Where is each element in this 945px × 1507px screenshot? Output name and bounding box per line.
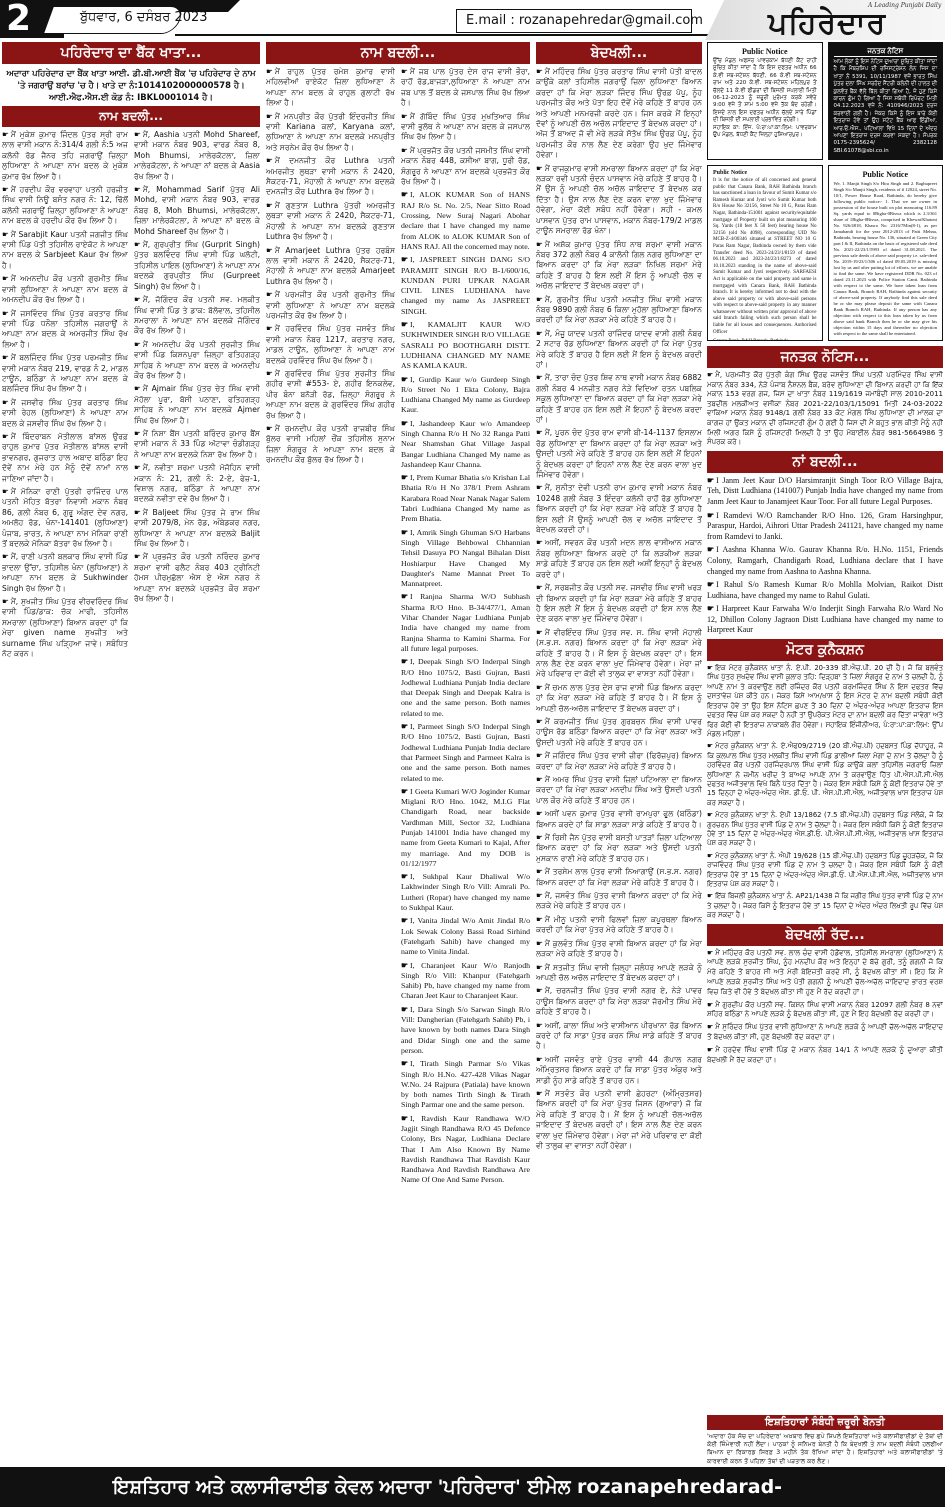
list-item: ☛ਮੈਂ ਪਰਮਜੀਤ ਕੌਰ ਪਤਨੀ ਗੁਰਮੀਤ ਸਿੰਘ ਵਾਸੀ ਲੁ… — [266, 290, 395, 321]
pointer-icon: ☛ — [401, 872, 408, 881]
notice-row-top: Public Notice ਉੱਚ ਮੰਡਲ ਅਫਸਰ ਪਾਵਰਕਾਮ ਬੱਧਣ… — [707, 42, 943, 165]
ads-notice-text: 'ਅਦਾਰਾ ਹੱਕ ਸੱਚ ਦਾ ਪਹਿਰੇਦਾਰ' ਅਖ਼ਬਾਰ ਵਿਚ ਛ… — [707, 1433, 943, 1466]
public-notice-canara: Public Notice It is for the notice of al… — [707, 165, 823, 341]
list-item: ☛ਅਸੀਂ, ਸਵਰਨ ਕੌਰ ਪਤਨੀ ਮਦਨ ਲਾਲ ਵਾਸੀਆਨ ਮਕਾਨ… — [536, 538, 702, 580]
public-notice-powercom: Public Notice ਉੱਚ ਮੰਡਲ ਅਫਸਰ ਪਾਵਰਕਾਮ ਬੱਧਣ… — [707, 42, 823, 160]
list-item: ☛ਮੈਂ ਪ੍ਰਭਜੋਤ ਕੌਰ ਪਤਨੀ ਜਸਮੀਤ ਸਿੰਘ ਵਾਸੀ ਮਕ… — [401, 146, 530, 188]
list-item: ☛ਮੈਂ ਚਮਨ ਲਾਲ ਪੁੱਤਰ ਦੇਸ ਰਾਜ ਵਾਸੀ ਪਿੰਡ ਬਿਆ… — [536, 683, 702, 714]
pointer-icon: ☛ — [2, 487, 9, 496]
pointer-icon: ☛ — [2, 185, 9, 194]
pointer-icon: ☛ — [266, 156, 273, 165]
list-item: ☛ਮੈਂ ਹਰਵਿੰਦਰ ਸਿੰਘ ਪੁੱਤਰ ਜਸਵੰਤ ਸਿੰਘ ਵਾਸੀ … — [266, 324, 395, 366]
list-item: ☛I, Gurdip Kaur w/o Gurdeep Singh R/o St… — [401, 375, 530, 416]
notice-body: ਆਮ ਲੋਕਾਂ ਨੂੰ ਇਸ ਨੋਟਿਸ ਦੁਆਰਾ ਸੂਚਿਤ ਕੀਤਾ ਜ… — [834, 59, 938, 155]
pointer-icon: ☛ — [2, 130, 9, 139]
bank-account-text: ਅਦਾਰਾ ਪਹਿਰੇਦਾਰ ਦਾ ਬੈਂਕ ਖਾਤਾ ਆਈ. ਡੀ.ਬੀ.ਆਈ… — [2, 67, 260, 103]
pointer-icon: ☛ — [536, 891, 543, 900]
section-title-ads-notice: ਇਸ਼ਤਿਹਾਰਾਂ ਸੰਬੰਧੀ ਜ਼ਰੂਰੀ ਬੇਨਤੀ — [707, 1415, 943, 1430]
pointer-icon: ☛ — [266, 324, 273, 333]
list-item: ☛ਮੈਂ ਮਹਿੰਦਰ ਸਿੰਘ ਪੁੱਤਰ ਕਰਤਾਰ ਸਿੰਘ ਵਾਸੀ ਪ… — [536, 67, 702, 161]
list-item: ☛ਮੈਂ ਰਾਹੁਲ ਪੁੱਤਰ ਰਮੇਸ਼ ਕੁਮਾਰ ਵਾਸੀ ਮਹਿਲਵੀ… — [266, 67, 395, 109]
pointer-icon: ☛ — [2, 353, 9, 362]
list-item: ☛ਮੈਂ, ਜਸਵੰਤ ਸਿੰਘ ਪੁੱਤਰ ਵਾਸੀ ਬਿਆਨ ਕਰਦਾ ਹਾ… — [536, 891, 702, 912]
list-item: ☛I Janm Jeet Kaur D/O Harsimranjit Singh… — [707, 476, 943, 508]
section-title-bank: ਪਹਿਰੇਦਾਰ ਦਾ ਬੈਂਕ ਖਾਤਾ... — [2, 42, 260, 64]
list-item: ☛I Aashna Khanna W/o. Gaurav Khanna R/o.… — [707, 545, 943, 577]
list-item: ☛ਮੈਂ ਬਿੰਦਰਾਬਨ ਮੋਤੀਲਾਲ ਬਾਂਸਲ ਉਰਫ਼ ਰਾਹੁਲ ਕ… — [2, 432, 128, 484]
pointer-icon: ☛ — [401, 592, 408, 601]
section-title-name-change-en: ਨਾਂ ਬਦਲੀ... — [707, 451, 943, 473]
list-item: ☛ਮੈਂ ਰਿਸ਼ੀ ਜੈਨ ਪੁੱਤਰ ਵਾਸੀ ਬਸਤੀ ਪਾਤੜਾਂ ਜ਼… — [536, 833, 702, 864]
pointer-icon: ☛ — [707, 371, 713, 379]
pointer-icon: ☛ — [707, 811, 713, 819]
pointer-icon: ☛ — [266, 67, 273, 76]
list-item: ☛ਮੈਂ ਪ੍ਰਭਜੋਤ ਕੌਰ ਪਤਨੀ ਨਰਿੰਦਰ ਕੁਮਾਰ ਸ਼ਰਮਾ… — [134, 552, 260, 604]
pointer-icon: ☛ — [2, 230, 9, 239]
list-item: ☛I, Ravdish Kaur Randhawa W/O Jagjit Sin… — [401, 1114, 530, 1186]
list-item: ☛ਮੋਟਰ ਕੁਨੈਕਸ਼ਨ ਖਾਤਾ ਨੰ. ਏ.ਐਫ09/2719 (20 … — [707, 742, 943, 808]
pointer-icon: ☛ — [134, 508, 141, 517]
pointer-icon: ☛ — [401, 787, 408, 796]
list-item: ☛I Geeta Kumari W/O Joginder Kumar Migla… — [401, 787, 530, 869]
list-item: ☛I, ALOK KUMAR Son of HANS RAJ R/o St. N… — [401, 190, 530, 252]
pointer-icon: ☛ — [401, 1059, 408, 1068]
list-item: ☛ਮੈਂ ਜਗਿੰਦਰ ਸਿੰਘ ਪੁੱਤਰ ਵਾਸੀ ਜ਼ੀਰਾ (ਫਿਰੋਜ… — [536, 751, 702, 772]
list-item: ☛ਮੈਂ Baljeet ਸਿੰਘ ਪੁੱਤਰ ਜੇ ਰਾਮ ਸਿੰਘ ਵਾਸੀ… — [134, 508, 260, 550]
column-disownment: ਬੇਦਖਲੀ... ☛ਮੈਂ ਮਹਿੰਦਰ ਸਿੰਘ ਪੁੱਤਰ ਕਰਤਾਰ ਸ… — [536, 42, 702, 1455]
pointer-icon: ☛ — [536, 809, 543, 818]
list-item: ☛ਮੈਂ ਗੁਰਦੀਪ ਕੌਰ ਪਤਨੀ ਸਵ. ਕਿਸ਼ਨ ਸਿੰਘ ਵਾਸੀ… — [707, 1001, 943, 1021]
notice-body: We, 1. Manjit Singh S/o Hira Singh and 2… — [834, 181, 938, 337]
pointer-icon: ☛ — [134, 384, 141, 393]
list-item: ☛ਮੈਂ, Aashia ਪਤਨੀ Mohd Shareef, ਵਾਸੀ ਮਕਾ… — [134, 130, 260, 182]
footer-text: ਇਸ਼ਤਿਹਾਰ ਅਤੇ ਕਲਾਸੀਫਾਈਡ ਕੇਵਲ ਅਦਾਰਾ 'ਪਹਿਰੇ… — [113, 1476, 782, 1498]
list-item: ☛ਮੈਂ ਗੋਬਿੰਦ ਸਿੰਘ ਪੁੱਤਰ ਮੁਖਤਿਆਰ ਸਿੰਘ ਵਾਸੀ… — [401, 112, 530, 143]
list-item: ☛ਮੈਂ, ਸਰਬਜੀਤ ਕੌਰ ਪਤਨੀ ਸਵ. ਜਸਵੀਰ ਸਿੰਘ ਵਾਸ… — [536, 583, 702, 625]
pointer-icon: ☛ — [536, 329, 543, 338]
pointer-icon: ☛ — [536, 628, 543, 637]
notice-body: ਉੱਚ ਮੰਡਲ ਅਫਸਰ ਪਾਵਰਕਾਮ ਬੱਧਣੀ ਕੈਂਟ ਰਾਹੀਂ ਸ… — [713, 58, 817, 125]
list-item: ☛ਇਕ ਮੋਟਰ ਕੁਨੈਕਸ਼ਨ ਖਾਤਾ ਨੰ. ਏ.ਪੀ. 20-339 … — [707, 664, 943, 739]
pointer-icon: ☛ — [401, 255, 408, 264]
list-item: ☛ਮੈਂ ਅਮਨਦੀਪ ਕੌਰ ਪਤਨੀ ਸੁਰਜੀਤ ਸਿੰਘ ਵਾਸੀ ਪਿ… — [134, 340, 260, 382]
pointer-icon: ☛ — [401, 961, 408, 970]
notice-row-second: Public Notice It is for the notice of al… — [707, 165, 943, 346]
notice-signature: ਸਹਾਇਕ ਕਾ: ਇੰਜ. ਪੰ:ਰਾ:ਪਾ:ਕਾ:ਲਿਮ: ਪਾਵਰਕਾਮ … — [713, 125, 817, 140]
list-item: ☛ਮੋਟਰ ਕੁਨੈਕਸ਼ਨ ਖਾਤਾ ਨੰ. ਏਪੀ 13/1862 (7.5… — [707, 811, 943, 849]
name-change-mid-subcolumns: ☛ਮੈਂ ਰਾਹੁਲ ਪੁੱਤਰ ਰਮੇਸ਼ ਕੁਮਾਰ ਵਾਸੀ ਮਹਿਲਵੀ… — [266, 67, 530, 1189]
pointer-icon: ☛ — [134, 429, 141, 438]
pointer-icon: ☛ — [536, 986, 543, 995]
pointer-icon: ☛ — [266, 369, 273, 378]
pointer-icon: ☛ — [401, 722, 408, 731]
pointer-icon: ☛ — [707, 476, 714, 485]
pointer-icon: ☛ — [536, 583, 543, 592]
column-right: Public Notice ਉੱਚ ਮੰਡਲ ਅਫਸਰ ਪਾਵਰਕਾਮ ਬੱਧਣ… — [707, 42, 943, 1455]
pointer-icon: ☛ — [401, 528, 408, 537]
list-item: ☛ਅਸੀਂ ਜਸਵੰਤ ਰਾਏ ਪੁੱਤਰ ਵਾਸੀ 44 ਗੋਪਾਲ ਨਗਰ … — [536, 1055, 702, 1086]
pointer-icon: ☛ — [536, 373, 543, 382]
list-item: ☛ਮੈਂ Ajmair ਸਿੰਘ ਪੁੱਤਰ ਚੇਤ ਸਿੰਘ ਵਾਸੀ ਮੋਹ… — [134, 384, 260, 426]
list-item: ☛ਮੈਂ ਗੁਰਵਿੰਦਰ ਸਿੰਘ ਪੁੱਤਰ ਸੁਰਜੀਤ ਸਿੰਘ ਗਹੀ… — [266, 369, 395, 421]
pointer-icon: ☛ — [401, 375, 408, 384]
pointer-icon: ☛ — [134, 240, 141, 249]
list-item: ☛ਮੈਂ, ਜੋਗਿੰਦਰ ਕੌਰ ਪਤਨੀ ਸਵ. ਮਲਕੀਤ ਸਿੰਘ ਵਾ… — [134, 295, 260, 337]
newspaper-logo: ਪਹਿਰੇਦਾਰ — [768, 6, 886, 41]
pointer-icon: ☛ — [707, 742, 713, 750]
list-item: ☛ਮੈਂ ਗੁਣਤਾਸ Luthra ਪੁੱਤਰੀ ਅਮਰਜੀਤ ਲੁਥੜਾ ਵ… — [266, 201, 395, 243]
masthead: 2 ਬੁੱਧਵਾਰ, 6 ਦਸੰਬਰ 2023 E.mail : rozanap… — [0, 0, 945, 40]
notice-signature: Canara Bank, RAH Branch, Bathinda. — [713, 338, 817, 341]
pointer-icon: ☛ — [401, 67, 408, 76]
pointer-icon: ☛ — [536, 67, 543, 76]
contact-email[interactable]: E.mail : rozanapehredar@gmail.com — [466, 13, 703, 28]
list-item: ☛ਮੈਂ ਜਸਵੀਰ ਸਿੰਘ ਪੁੱਤਰ ਕਰਤਾਰ ਸਿੰਘ ਵਾਸੀ ਰੇ… — [2, 398, 128, 429]
list-item: ☛ਮੋਟਰ ਕੁਨੈਕਸ਼ਨ ਖਾਤਾ ਨੰ. ਐਪੀ 19/628 (15 ਬ… — [707, 852, 943, 890]
page-number: 2 — [6, 0, 31, 39]
list-item: ☛I, Prem Kumar Bhatia s/o Krishan Lal Bh… — [401, 473, 530, 524]
list-item: ☛ਮੈਂ, ਪੂਰਨ ਚੰਦ ਪੁੱਤਰ ਰਾਮ ਵਾਸੀ ਬੀ-14-1137… — [536, 428, 702, 480]
pointer-icon: ☛ — [536, 775, 543, 784]
pointer-icon: ☛ — [401, 320, 408, 329]
pointer-icon: ☛ — [2, 552, 9, 561]
list-item: ☛I, Vanita Jindal W/o Amit Jindal R/o Lo… — [401, 916, 530, 957]
pointer-icon: ☛ — [707, 1001, 713, 1009]
list-item: ☛ਮੈਂ, ਤਾਰਾ ਚੰਦ ਪੁੱਤਰ ਸ਼ਿਵ ਨਾਥ ਵਾਸੀ ਮਕਾਨ … — [536, 373, 702, 425]
pointer-icon: ☛ — [2, 597, 9, 606]
pointer-icon: ☛ — [134, 552, 141, 561]
name-change-subcolumns: ☛ਮੈਂ ਮੁਕੇਸ਼ ਕੁਮਾਰ ਜਿੰਦਲ ਪੁੱਤਰ ਸ੍ਰੀ ਰਾਮ ਲ… — [2, 130, 260, 663]
list-item: ☛ਮੈਂ ਨਿਸ਼ਾ ਬੈਂਸ ਪਤਨੀ ਬਰਿੰਦਰ ਕੁਮਾਰ ਬੈਂਸ ਵ… — [134, 429, 260, 460]
pointer-icon: ☛ — [707, 892, 713, 900]
list-item: ☛ਮੈਂ, ਰਾਣੀ ਪਤਨੀ ਬਲਕਾਰ ਸਿੰਘ ਵਾਸੀ ਪਿੰਡ ਭਾਦ… — [2, 552, 128, 594]
pointer-icon: ☛ — [401, 1005, 408, 1014]
list-item: ☛ਮੈਂ, ਸੁਖਜੀਤ ਸਿੰਘ ਪੁੱਤਰ ਵੀਰਵਰਿੰਦਰ ਸਿੰਘ ਵ… — [2, 597, 128, 659]
list-item: ☛I, KAMALJIT KAUR W/O SUKHWINDER SINGH R… — [401, 320, 530, 371]
list-item: ☛ਮੈਂ ਮੀਨੂ ਪਤਨੀ ਵਾਸੀ ਫਿਲਵਾਂ ਜ਼ਿਲਾ ਕਪੂਰਥਲਾ… — [536, 915, 702, 936]
pointer-icon: ☛ — [266, 290, 273, 299]
section-title-disownment-cancel: ਬੇਦਖਲੀ ਰੱਦ... — [707, 924, 943, 946]
pointer-icon: ☛ — [2, 432, 9, 441]
list-item: ☛ਮੈਂ Sarabjit Kaur ਪਤਨੀ ਜਗਜੀਤ ਸਿੰਘ ਵਾਸੀ … — [2, 230, 128, 272]
pointer-icon: ☛ — [401, 419, 408, 428]
pointer-icon: ☛ — [536, 538, 543, 547]
pointer-icon: ☛ — [536, 751, 543, 760]
list-item: ☛ਮੈਂ ਬਲਜਿੰਦਰ ਸਿੰਘ ਪੁੱਤਰ ਪਰਮਜੀਤ ਸਿੰਘ ਵਾਸੀ… — [2, 353, 128, 395]
pointer-icon: ☛ — [401, 1114, 408, 1123]
section-title-public-notice: ਜਨਤਕ ਨੋਟਿਸ... — [707, 346, 943, 368]
list-item: ☛ਮੈਂ, ਚਰਨਜੀਤ ਸਿੰਘ ਪੁੱਤਰ ਵਾਸੀ ਨਗਰ ਏ, ਨੇੜੇ… — [536, 986, 702, 1017]
list-item: ☛ਮੈਂ ਕਰਮਜੀਤ ਸਿੰਘ ਪੁੱਤਰ ਗੁਰਬਚਨ ਸਿੰਘ ਵਾਸੀ … — [536, 717, 702, 748]
name-change-col-b: ☛ਮੈਂ, Aashia ਪਤਨੀ Mohd Shareef, ਵਾਸੀ ਮਕਾ… — [134, 130, 260, 663]
pointer-icon: ☛ — [134, 295, 141, 304]
pointer-icon: ☛ — [2, 398, 9, 407]
list-item: ☛I, Tirath Singh Parmar S/o Vikas Singh … — [401, 1059, 530, 1110]
name-change-col-a: ☛ਮੈਂ ਮੁਕੇਸ਼ ਕੁਮਾਰ ਜਿੰਦਲ ਪੁੱਤਰ ਸ੍ਰੀ ਰਾਮ ਲ… — [2, 130, 128, 663]
list-item: ☛ਮੈਂ ਮਹਿੰਦਰ ਕੌਰ ਪਤਨੀ ਸਵ. ਲਾਲ ਚੰਦ ਵਾਸੀ ਹੇ… — [707, 949, 943, 998]
list-item: ☛I, Amrik Singh Ghuman S/O Harbans Singh… — [401, 528, 530, 590]
pointer-icon: ☛ — [266, 112, 273, 121]
list-item: ☛ਮੈਂ ਅਮਰ ਸਿੰਘ ਪੁੱਤਰ ਵਾਸੀ ਜ਼ਿਲਾਂ ਪਟਿਆਲਾ ਦ… — [536, 775, 702, 806]
list-item: ☛ਮੈਂ, ਮੰਜੂ ਯਾਦਵ ਪਤਨੀ ਰਾਜਿੰਦਰ ਯਾਦਵ ਵਾਸੀ ਗ… — [536, 329, 702, 371]
pointer-icon: ☛ — [707, 1023, 713, 1031]
notice-title: Public Notice — [713, 170, 817, 176]
list-item: ☛ਮੈਂ ਜਸਵਿੰਦਰ ਸਿੰਘ ਪੁੱਤਰ ਕਰਤਾਰ ਸਿੰਘ ਵਾਸੀ … — [2, 309, 128, 351]
pointer-icon: ☛ — [401, 916, 408, 925]
pointer-icon: ☛ — [536, 1055, 543, 1064]
list-item: ☛ਮੈਂ ਜਬ ਪਾਲ ਪੁੱਤਰ ਦੇਸ ਰਾਜ ਵਾਸੀ ਭੌਰਾ, ਰਾਹ… — [401, 67, 530, 109]
list-item: ☛I, Charanjeet Kaur W/o Ranjodh Singh R/… — [401, 961, 530, 1002]
pointer-icon: ☛ — [536, 867, 543, 876]
issue-date: ਬੁੱਧਵਾਰ, 6 ਦਸੰਬਰ 2023 — [80, 10, 208, 25]
list-item: ☛I, Sukhpal Kaur Dhaliwal W/o Lakhwinder… — [401, 872, 530, 913]
list-item: ☛I, Dara Singh S/o Sarwan Singh R/o Vill… — [401, 1005, 530, 1056]
list-item: ☛ਅਸੀਂ, ਕਾਲਾ ਸਿੰਘ ਅਤੇ ਵਾਸੀਆਨ ਪੀਰਖਾਨਾ ਰੋਡ … — [536, 1021, 702, 1052]
list-item: ☛ਮੈਂ ਕੁਲਵੰਤ ਸਿੰਘ ਪੁੱਤਰ ਵਾਸੀ ਬਿਆਨ ਕਰਦਾ ਹਾ… — [536, 939, 702, 960]
notice-title: Public Notice — [834, 170, 938, 179]
list-item: ☛ਇੱਕ ਬਿਜਲੀ ਕੁਨੈਕਸ਼ਨ ਖਾਤਾ ਨੰ. AP21/1438 ਜ… — [707, 892, 943, 920]
list-item: ☛ਮੈਂ ਅਮਨਦੀਪ ਕੌਰ ਪਤਨੀ ਗੁਰਮੀਤ ਸਿੰਘ ਵਾਸੀ ਲੁ… — [2, 274, 128, 305]
pointer-icon: ☛ — [707, 852, 713, 860]
pointer-icon: ☛ — [536, 939, 543, 948]
pointer-icon: ☛ — [536, 295, 543, 304]
name-change-mid-col-a: ☛ਮੈਂ ਰਾਹੁਲ ਪੁੱਤਰ ਰਮੇਸ਼ ਕੁਮਾਰ ਵਾਸੀ ਮਹਿਲਵੀ… — [266, 67, 395, 1189]
pointer-icon: ☛ — [401, 146, 408, 155]
list-item: ☛ਮੈਂ, ਗੁਰਮੀਤ ਸਿੰਘ ਪਤਨੀ ਮਨਜੀਤ ਸਿੰਘ ਵਾਸੀ ਮ… — [536, 295, 702, 326]
notice-body: It is for the notice of all concerned an… — [713, 178, 817, 336]
list-item: ☛ਮੈਂ ਸਤਜੀਤ ਸਿੰਘ ਵਾਸੀ ਜ਼ਿਲ੍ਹਾ ਜਲੰਧਰ ਆਪਣੇ … — [536, 963, 702, 984]
section-title-disownment: ਬੇਦਖਲੀ... — [536, 42, 702, 64]
list-item: ☛ਅਸੀਂ ਪਵਨ ਕੁਮਾਰ ਪੁੱਤਰ ਵਾਸੀ ਰਾਮਪੁਰਾ ਫੂਲ (… — [536, 809, 702, 830]
list-item: ☛ਮੈਂ ਮੁਕੇਸ਼ ਕੁਮਾਰ ਜਿੰਦਲ ਪੁੱਤਰ ਸ੍ਰੀ ਰਾਮ ਲ… — [2, 130, 128, 182]
pointer-icon: ☛ — [134, 463, 141, 472]
section-title-motor-connection: ਮੋਟਰ ਕੁਨੈਕਸ਼ਨ — [707, 639, 943, 661]
list-item: ☛ਮੈਂ ਮਨਪ੍ਰੀਤ ਕੌਰ ਪੁੱਤਰੀ ਇੰਦਰਜੀਤ ਸਿੰਘ ਵਾਸ… — [266, 112, 395, 154]
pointer-icon: ☛ — [134, 130, 141, 139]
public-notice-sbi: ਜਨਤਕ ਨੋਟਿਸ ਆਮ ਲੋਕਾਂ ਨੂੰ ਇਸ ਨੋਟਿਸ ਦੁਆਰਾ ਸ… — [828, 42, 944, 160]
list-item: ☛I Rahul S/o Ramesh Kumar R/o Mohlla Mol… — [707, 580, 943, 601]
pointer-icon: ☛ — [536, 683, 543, 692]
pointer-icon: ☛ — [2, 309, 9, 318]
pointer-icon: ☛ — [707, 604, 714, 613]
list-item: ☛ਮੈਂ ਰਮਨਦੀਪ ਕੌਰ ਪਤਨੀ ਰਾਜਬੀਰ ਸਿੰਘ ਬੁੱਲਰ ਵ… — [266, 424, 395, 466]
section-title-name-change-mid: ਨਾਮ ਬਦਲੀ... — [266, 42, 530, 64]
pointer-icon: ☛ — [536, 717, 543, 726]
pointer-icon: ☛ — [536, 963, 543, 972]
pointer-icon: ☛ — [536, 240, 543, 249]
name-change-mid-col-b: ☛ਮੈਂ ਜਬ ਪਾਲ ਪੁੱਤਰ ਦੇਸ ਰਾਜ ਵਾਸੀ ਭੌਰਾ, ਰਾਹ… — [401, 67, 530, 1189]
list-item: ☛ਮੈਂ, ਨਵੀਤਾ ਸ਼ਰਮਾ ਪਤਨੀ ਮੋਜੋਹਿਨ ਵਾਸੀ ਮਕਾਨ… — [134, 463, 260, 505]
pointer-icon: ☛ — [134, 185, 141, 194]
list-item: ☛ਮੈਂ ਰਾਜਕੁਮਾਰ ਵਾਸੀ ਸਮਰਾਲਾ ਬਿਆਨ ਕਰਦਾ ਹਾਂ … — [536, 164, 702, 237]
pointer-icon: ☛ — [266, 424, 273, 433]
list-item: ☛ਮੈਂ ਵੀਰਇੰਦਰ ਸਿੰਘ ਪੁੱਤਰ ਸਵ. ਸ. ਸਿੰਘ ਵਾਸੀ… — [536, 628, 702, 680]
pointer-icon: ☛ — [536, 915, 543, 924]
list-item: ☛I Ranjna Sharma W/O Subhash Sharma R/O … — [401, 592, 530, 654]
pointer-icon: ☛ — [266, 201, 273, 210]
list-item: ☛ਮੈਂ ਹਰਦੀਪ ਕੌਰ ਵਰਵਾਹਾ ਪਤਨੀ ਹਰਜੀਤ ਸਿੰਘ ਵਾ… — [2, 185, 128, 227]
pointer-icon: ☛ — [707, 1046, 713, 1054]
pointer-icon: ☛ — [536, 833, 543, 842]
pointer-icon: ☛ — [401, 190, 408, 199]
list-item: ☛I, JASPREET SINGH DANG S/O PARAMJIT SIN… — [401, 255, 530, 317]
pointer-icon: ☛ — [536, 483, 543, 492]
pointer-icon: ☛ — [707, 511, 714, 520]
list-item: ☛I, Parmeet Singh S/O Inderpal Singh R/O… — [401, 722, 530, 784]
section-title-name-change: ਨਾਮ ਬਦਲੀ... — [2, 106, 260, 127]
notice-title: ਜਨਤਕ ਨੋਟਿਸ — [834, 47, 938, 57]
list-item: ☛ਮੈਂ, ਸੁਨੀਤਾ ਦੇਵੀ ਪਤਨੀ ਰਾਮ ਕੁਮਾਰ ਵਾਸੀ ਮਕ… — [536, 483, 702, 535]
list-item: ☛ਮੈਂ ਸਤਵੰਤ ਕੌਰ ਪਤਨੀ ਵਾਸੀ ਛੇਹਰਟਾ (ਅੰਮ੍ਰਿਤ… — [536, 1089, 702, 1151]
column-left: ਪਹਿਰੇਦਾਰ ਦਾ ਬੈਂਕ ਖਾਤਾ... ਅਦਾਰਾ ਪਹਿਰੇਦਾਰ … — [2, 42, 260, 1455]
public-notice-text: ☛ਮੈਂ, ਪਰਮਜੀਤ ਕੌਰ ਪੁੱਤਰੀ ਕੰਗ ਸਿੰਘ ਉਰਫ ਜਸਵ… — [707, 371, 943, 448]
pointer-icon: ☛ — [2, 274, 9, 283]
list-item: ☛ਮੈਂ, ਗੁਰਪ੍ਰੀਤ ਸਿੰਘ (Gurprit Singh) ਪੁੱਤ… — [134, 240, 260, 292]
pointer-icon: ☛ — [536, 428, 543, 437]
list-item: ☛I, Jashandeep Kaur w/o Amandeep Singh C… — [401, 419, 530, 470]
pointer-icon: ☛ — [536, 164, 543, 173]
pointer-icon: ☛ — [707, 545, 714, 554]
list-item: ☛ਮੈਂ ਅਸ਼ੋਕ ਕੁਮਾਰ ਪੁੱਤਰ ਸਿੰਧ ਨਾਥ ਸ਼ਰਮਾ ਵਾ… — [536, 240, 702, 292]
pointer-icon: ☛ — [707, 580, 714, 589]
list-item: ☛ਮੈਂ, Mohammad Sarif ਪੁੱਤਰ Ali Mohd, ਵਾਸ… — [134, 185, 260, 237]
public-notice-manjit: Public Notice We, 1. Manjit Singh S/o Hi… — [828, 165, 944, 341]
list-item: ☛ਮੈਂ ਮੋਨਿਕਾ ਰਾਣੀ ਪੁੱਤਰੀ ਰਾਜਿੰਦਰ ਪਾਲ ਪਤਨੀ… — [2, 487, 128, 549]
list-item: ☛ਮੈਂ ਹਰਦੇਵ ਸਿੰਘ ਵਾਸੀ ਪਿੰਡ ਦੇ ਮਕਾਨ ਨੰਬਰ 1… — [707, 1046, 943, 1066]
pointer-icon: ☛ — [134, 340, 141, 349]
footer-bar: ਇਸ਼ਤਿਹਾਰ ਅਤੇ ਕਲਾਸੀਫਾਈਡ ਕੇਵਲ ਅਦਾਰਾ 'ਪਹਿਰੇ… — [0, 1467, 945, 1507]
list-item: ☛I, Deepak Singh S/O Inderpal Singh R/O … — [401, 657, 530, 719]
pointer-icon: ☛ — [707, 664, 713, 672]
list-item: ☛I Harpreet Kaur Farwaha W/o Inderjit Si… — [707, 604, 943, 636]
pointer-icon: ☛ — [536, 1021, 543, 1030]
pointer-icon: ☛ — [266, 246, 273, 255]
notice-signature: Manjit Singh S/o Hira Singh 94635-40833 — [834, 339, 938, 341]
list-item: ☛I Ramdevi W/O Ramchander R/O Hno. 126, … — [707, 511, 943, 543]
notice-title: Public Notice — [713, 47, 817, 56]
list-item: ☛ਮੈਂ ਤਰਸੇਮ ਲਾਲ ਪੁੱਤਰ ਵਾਸੀ ਨਿਆਗਾਉਂ (ਸ.ਭ.ਸ… — [536, 867, 702, 888]
pointer-icon: ☛ — [401, 112, 408, 121]
pointer-icon: ☛ — [401, 473, 408, 482]
list-item: ☛ਮੈਂ ਸੁਰਿੰਦਰ ਸਿੰਘ ਪੁੱਤਰ ਵਾਸੀ ਲੁਧਿਆਣਾ ਨੇ … — [707, 1023, 943, 1043]
ads-disclaimer-box: ਇਸ਼ਤਿਹਾਰਾਂ ਸੰਬੰਧੀ ਜ਼ਰੂਰੀ ਬੇਨਤੀ 'ਅਦਾਰਾ ਹੱ… — [707, 1415, 943, 1467]
header-rule — [175, 34, 735, 36]
list-item: ☛ਮੈਂ Amarjeet Luthra ਪੁੱਤਰ ਹਰਬੰਸ ਲਾਲ ਵਾਸ… — [266, 246, 395, 288]
list-item: ☛ਮੈਂ ਦਮਨਜੀਤ ਕੌਰ Luthra ਪਤਨੀ ਅਮਰਜੀਤ ਲੁਥੜਾ… — [266, 156, 395, 198]
pointer-icon: ☛ — [536, 1089, 543, 1098]
pointer-icon: ☛ — [707, 949, 713, 957]
pointer-icon: ☛ — [401, 657, 408, 666]
column-middle: ਨਾਮ ਬਦਲੀ... ☛ਮੈਂ ਰਾਹੁਲ ਪੁੱਤਰ ਰਮੇਸ਼ ਕੁਮਾਰ… — [266, 42, 530, 1455]
